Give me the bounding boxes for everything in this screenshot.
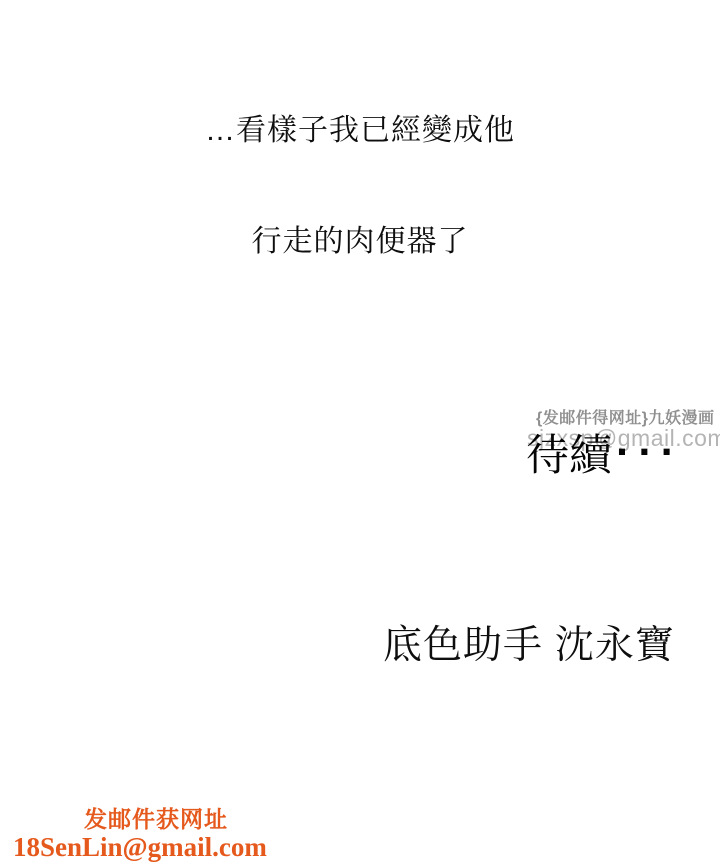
- ellipsis-dots: ···: [616, 429, 683, 475]
- speech-line-2: 行走的肉便器了: [0, 223, 720, 260]
- bottom-watermark: 发邮件获网址 18SenLin@gmail.com: [13, 806, 228, 862]
- to-be-continued-text: 待續 ···: [526, 433, 683, 479]
- speech-line-1: …看樣子我已經變成他: [0, 112, 720, 149]
- bottom-watermark-tagline: 发邮件获网址: [13, 806, 228, 833]
- bottom-watermark-email: 18SenLin@gmail.com: [13, 833, 228, 862]
- speech-text: …看樣子我已經變成他 行走的肉便器了: [0, 38, 720, 334]
- to-be-continued-label: 待續: [526, 433, 612, 479]
- manga-page: …看樣子我已經變成他 行走的肉便器了 {发邮件得网址}九妖漫画 sjzxsp@g…: [0, 0, 720, 864]
- colorist-credit: 底色助手 沈永寶: [383, 614, 675, 670]
